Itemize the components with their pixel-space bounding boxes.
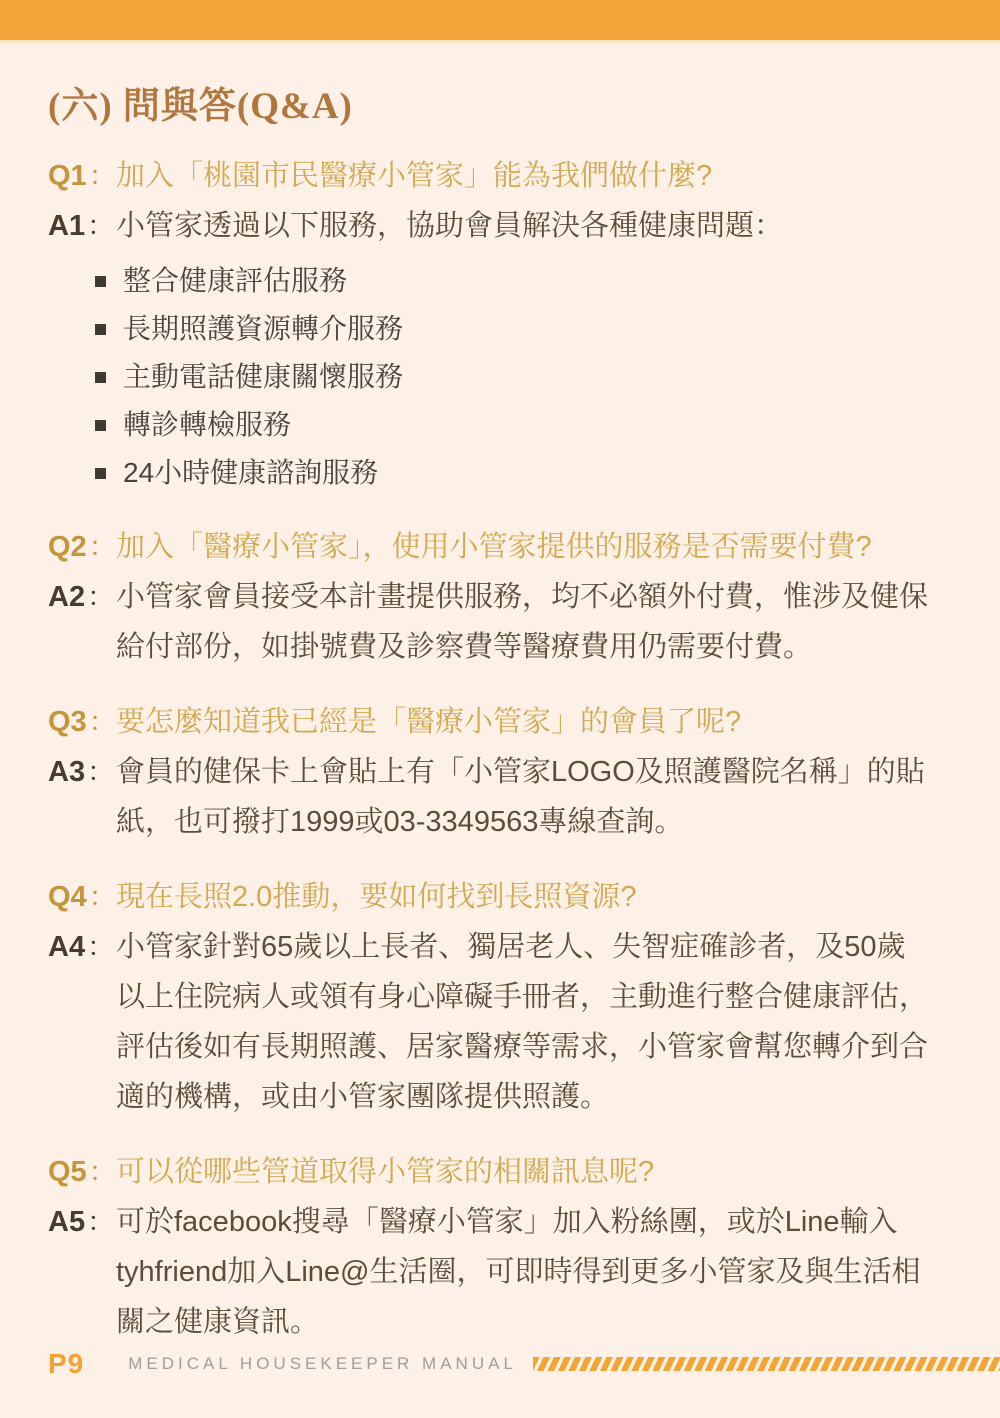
question-label-text: Q1	[48, 160, 87, 192]
answer-label-text: A4	[48, 931, 85, 963]
question-line: Q4： 現在長照2.0推動，要如何找到長照資源?	[48, 872, 934, 922]
list-item-label: 轉診轉檢服務	[123, 401, 291, 449]
label-colon: ：	[85, 932, 114, 962]
question-text: 現在長照2.0推動，要如何找到長照資源?	[116, 872, 934, 922]
label-colon: ：	[87, 707, 116, 737]
bullet-square-icon	[95, 420, 106, 431]
list-item-label: 整合健康評估服務	[123, 257, 347, 305]
list-item: 轉診轉檢服務	[95, 401, 934, 449]
manual-title: MEDICAL HOUSEKEEPER MANUAL	[128, 1354, 517, 1374]
answer-line: A2： 小管家會員接受本計畫提供服務，均不必額外付費，惟涉及健保給付部份，如掛號…	[48, 572, 934, 672]
answer-line: A4： 小管家針對65歲以上長者、獨居老人、失智症確診者，及50歲以上住院病人或…	[48, 922, 934, 1122]
answer-label: A5：	[48, 1197, 116, 1247]
question-label: Q3：	[48, 697, 116, 747]
service-bullet-list: 整合健康評估服務 長期照護資源轉介服務 主動電話健康關懷服務 轉診轉檢服務 24…	[95, 257, 934, 497]
answer-line: A5： 可於facebook搜尋「醫療小管家」加入粉絲團，或於Line輸入tyh…	[48, 1197, 934, 1347]
question-label: Q4：	[48, 872, 116, 922]
striped-bar-decoration	[533, 1357, 1000, 1371]
answer-text: 小管家會員接受本計畫提供服務，均不必額外付費，惟涉及健保給付部份，如掛號費及診察…	[116, 572, 934, 672]
label-colon: ：	[85, 582, 114, 612]
question-label: Q2：	[48, 522, 116, 572]
answer-line: A3： 會員的健保卡上會貼上有「小管家LOGO及照護醫院名稱」的貼紙，也可撥打1…	[48, 747, 934, 847]
question-label: Q5：	[48, 1147, 116, 1197]
answer-label: A2：	[48, 572, 116, 622]
question-line: Q5： 可以從哪些管道取得小管家的相關訊息呢?	[48, 1147, 934, 1197]
bullet-square-icon	[95, 372, 106, 383]
answer-label: A1：	[48, 201, 116, 251]
qa-block-3: Q3： 要怎麼知道我已經是「醫療小管家」的會員了呢? A3： 會員的健保卡上會貼…	[48, 697, 934, 847]
list-item: 整合健康評估服務	[95, 257, 934, 305]
answer-label-text: A1	[48, 210, 85, 242]
question-label-text: Q2	[48, 531, 87, 563]
qa-block-5: Q5： 可以從哪些管道取得小管家的相關訊息呢? A5： 可於facebook搜尋…	[48, 1147, 934, 1347]
bullet-square-icon	[95, 276, 106, 287]
top-orange-band	[0, 0, 1000, 43]
qa-block-1: Q1： 加入「桃園市民醫療小管家」能為我們做什麼? A1： 小管家透過以下服務，…	[48, 151, 934, 497]
answer-label-text: A5	[48, 1206, 85, 1238]
answer-text: 會員的健保卡上會貼上有「小管家LOGO及照護醫院名稱」的貼紙，也可撥打1999或…	[116, 747, 934, 847]
label-colon: ：	[87, 532, 116, 562]
qa-block-2: Q2： 加入「醫療小管家」，使用小管家提供的服務是否需要付費? A2： 小管家會…	[48, 522, 934, 672]
page-content: (六) 問與答(Q&A) Q1： 加入「桃園市民醫療小管家」能為我們做什麼? A…	[0, 83, 1000, 1347]
answer-label-text: A3	[48, 756, 85, 788]
label-colon: ：	[85, 1207, 114, 1237]
answer-label: A3：	[48, 747, 116, 797]
question-line: Q1： 加入「桃園市民醫療小管家」能為我們做什麼?	[48, 151, 934, 201]
bullet-square-icon	[95, 324, 106, 335]
answer-label-text: A2	[48, 581, 85, 613]
page-footer: P9 MEDICAL HOUSEKEEPER MANUAL	[48, 1348, 1000, 1380]
list-item-label: 24小時健康諮詢服務	[123, 449, 378, 497]
answer-text: 可於facebook搜尋「醫療小管家」加入粉絲團，或於Line輸入tyhfrie…	[116, 1197, 934, 1347]
answer-label: A4：	[48, 922, 116, 972]
question-text: 加入「桃園市民醫療小管家」能為我們做什麼?	[116, 151, 934, 201]
label-colon: ：	[87, 1157, 116, 1187]
question-text: 加入「醫療小管家」，使用小管家提供的服務是否需要付費?	[116, 522, 934, 572]
question-text: 可以從哪些管道取得小管家的相關訊息呢?	[116, 1147, 934, 1197]
answer-text: 小管家針對65歲以上長者、獨居老人、失智症確診者，及50歲以上住院病人或領有身心…	[116, 922, 934, 1122]
answer-line: A1： 小管家透過以下服務，協助會員解決各種健康問題：	[48, 201, 934, 251]
list-item-label: 主動電話健康關懷服務	[123, 353, 403, 401]
qa-block-4: Q4： 現在長照2.0推動，要如何找到長照資源? A4： 小管家針對65歲以上長…	[48, 872, 934, 1122]
bullet-square-icon	[95, 468, 106, 479]
question-label-text: Q5	[48, 1156, 87, 1188]
question-line: Q2： 加入「醫療小管家」，使用小管家提供的服務是否需要付費?	[48, 522, 934, 572]
list-item: 24小時健康諮詢服務	[95, 449, 934, 497]
page-title: (六) 問與答(Q&A)	[48, 83, 934, 131]
question-label-text: Q3	[48, 706, 87, 738]
label-colon: ：	[85, 211, 114, 241]
list-item-label: 長期照護資源轉介服務	[123, 305, 403, 353]
question-label-text: Q4	[48, 881, 87, 913]
list-item: 長期照護資源轉介服務	[95, 305, 934, 353]
question-line: Q3： 要怎麼知道我已經是「醫療小管家」的會員了呢?	[48, 697, 934, 747]
question-text: 要怎麼知道我已經是「醫療小管家」的會員了呢?	[116, 697, 934, 747]
page-number: P9	[48, 1348, 84, 1380]
label-colon: ：	[87, 882, 116, 912]
list-item: 主動電話健康關懷服務	[95, 353, 934, 401]
question-label: Q1：	[48, 151, 116, 201]
answer-text: 小管家透過以下服務，協助會員解決各種健康問題：	[116, 201, 934, 251]
label-colon: ：	[85, 757, 114, 787]
label-colon: ：	[87, 161, 116, 191]
